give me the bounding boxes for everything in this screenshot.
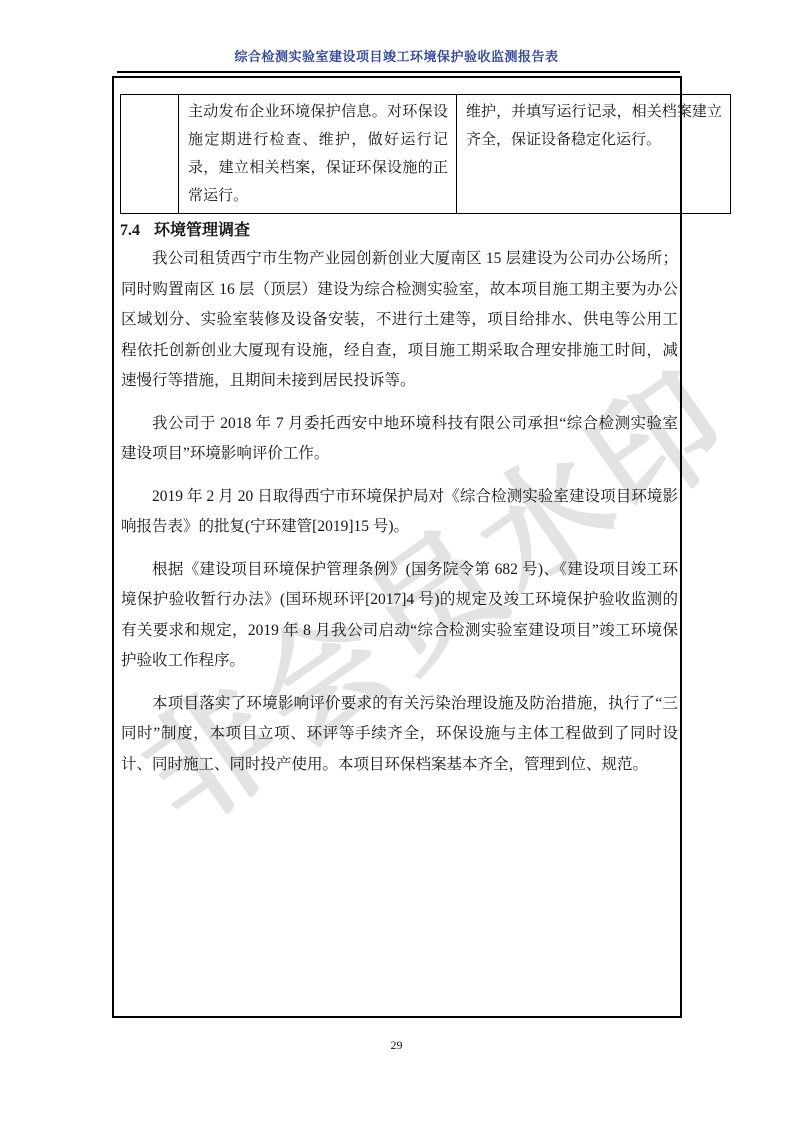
table-cell-category: [121, 95, 179, 214]
section-heading: 7.4环境管理调查: [120, 217, 250, 240]
paragraph: 我公司租赁西宁市生物产业园创新创业大厦南区 15 层建设为公司办公场所；同时购置…: [121, 244, 678, 397]
paragraph: 根据《建设项目环境保护管理条例》(国务院令第 682 号)、《建设项目竣工环境保…: [121, 555, 678, 677]
measures-table: 主动发布企业环境保护信息。对环保设施定期进行检查、维护，做好运行记录，建立相关档…: [120, 94, 731, 214]
section-number: 7.4: [120, 222, 140, 239]
section-title: 环境管理调查: [154, 222, 250, 239]
section-body: 我公司租赁西宁市生物产业园创新创业大厦南区 15 层建设为公司办公场所；同时购置…: [121, 244, 678, 792]
page-number: 29: [0, 1038, 793, 1053]
header-rule: [117, 71, 680, 73]
document-page: 综合检测实验室建设项目竣工环境保护验收监测报告表 非会员水印 主动发布企业环境保…: [0, 0, 793, 1122]
table-cell-implementation-status: 维护，并填写运行记录，相关档案建立齐全，保证设备稳定化运行。: [457, 95, 731, 214]
page-header-title: 综合检测实验室建设项目竣工环境保护验收监测报告表: [0, 46, 793, 65]
paragraph: 本项目落实了环境影响评价要求的有关污染治理设施及防治措施，执行了“三同时”制度，…: [121, 689, 678, 781]
paragraph: 2019 年 2 月 20 日取得西宁市环境保护局对《综合检测实验室建设项目环境…: [121, 482, 678, 543]
table-cell-measure-requirement: 主动发布企业环境保护信息。对环保设施定期进行检查、维护，做好运行记录，建立相关档…: [179, 95, 457, 214]
paragraph: 我公司于 2018 年 7 月委托西安中地环境科技有限公司承担“综合检测实验室建…: [121, 409, 678, 470]
table-row: 主动发布企业环境保护信息。对环保设施定期进行检查、维护，做好运行记录，建立相关档…: [121, 95, 731, 214]
